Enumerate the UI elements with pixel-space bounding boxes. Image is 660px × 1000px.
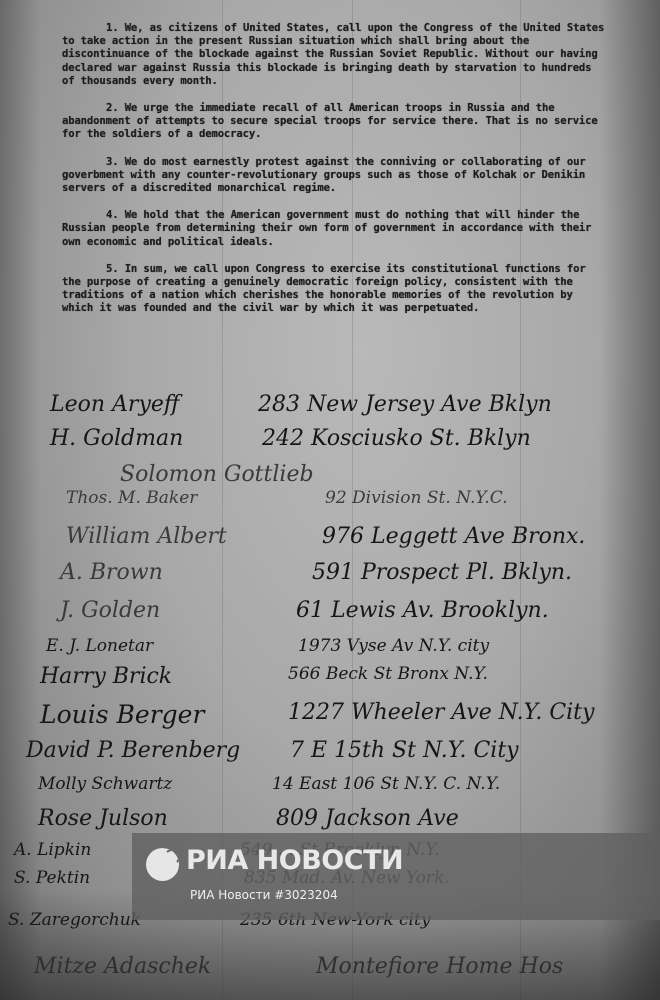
signer-address: 809 Jackson Ave bbox=[276, 806, 459, 831]
signature-row: A. Brown 591 Prospect Pl. Bklyn. bbox=[0, 560, 660, 590]
signer-name: A. Brown bbox=[60, 560, 163, 585]
watermark-caption: РИА Новости #3023204 bbox=[190, 888, 338, 902]
document-photo: 1. We, as citizens of United States, cal… bbox=[0, 0, 660, 1000]
signature-row: Louis Berger 1227 Wheeler Ave N.Y. City bbox=[0, 700, 660, 730]
signer-name: J. Golden bbox=[60, 598, 160, 623]
watermark-title: РИА НОВОСТИ bbox=[186, 845, 403, 876]
signer-address: 1227 Wheeler Ave N.Y. City bbox=[288, 700, 594, 725]
signer-name: William Albert bbox=[66, 524, 227, 549]
paragraph-2: 2. We urge the immediate recall of all A… bbox=[62, 102, 610, 142]
signer-address: 92 Division St. N.Y.C. bbox=[325, 488, 508, 508]
signer-address: 566 Beck St Bronx N.Y. bbox=[288, 664, 488, 684]
signature-row: David P. Berenberg 7 E 15th St N.Y. City bbox=[0, 738, 660, 768]
ria-novosti-globe-icon bbox=[146, 848, 179, 881]
signature-row: Molly Schwartz 14 East 106 St N.Y. C. N.… bbox=[0, 774, 660, 804]
signer-address: 61 Lewis Av. Brooklyn. bbox=[296, 598, 549, 623]
signature-row: Harry Brick 566 Beck St Bronx N.Y. bbox=[0, 664, 660, 694]
signature-row: Rose Julson 809 Jackson Ave bbox=[0, 806, 660, 836]
signature-row: Leon Aryeff 283 New Jersey Ave Bklyn bbox=[0, 392, 660, 422]
paragraph-4: 4. We hold that the American government … bbox=[62, 209, 610, 249]
typed-resolution: 1. We, as citizens of United States, cal… bbox=[62, 22, 610, 330]
paragraph-5: 5. In sum, we call upon Congress to exer… bbox=[62, 263, 610, 316]
signer-name: Thos. M. Baker bbox=[66, 488, 197, 508]
signer-name: Harry Brick bbox=[40, 664, 172, 689]
vignette bbox=[0, 0, 40, 1000]
signer-name: H. Goldman bbox=[50, 426, 183, 451]
signer-name: Louis Berger bbox=[40, 700, 204, 729]
signer-address: 242 Kosciusko St. Bklyn bbox=[262, 426, 531, 451]
signer-address: 14 East 106 St N.Y. C. N.Y. bbox=[272, 774, 500, 794]
signer-name: Rose Julson bbox=[38, 806, 168, 831]
signer-address: 7 E 15th St N.Y. City bbox=[290, 738, 519, 763]
signer-address: 976 Leggett Ave Bronx. bbox=[322, 524, 585, 549]
signature-row: Thos. M. Baker 92 Division St. N.Y.C. bbox=[0, 488, 660, 518]
signer-address: 591 Prospect Pl. Bklyn. bbox=[312, 560, 572, 585]
signer-address: 1973 Vyse Av N.Y. city bbox=[298, 636, 489, 656]
signer-name: Molly Schwartz bbox=[38, 774, 172, 794]
signer-name: David P. Berenberg bbox=[26, 738, 240, 763]
signer-name: Leon Aryeff bbox=[50, 392, 179, 417]
signer-address: 283 New Jersey Ave Bklyn bbox=[258, 392, 552, 417]
paragraph-1: 1. We, as citizens of United States, cal… bbox=[62, 22, 610, 88]
signature-row: H. Goldman 242 Kosciusko St. Bklyn bbox=[0, 426, 660, 456]
signer-name: E. J. Lonetar bbox=[46, 636, 153, 656]
signer-name: Solomon Gottlieb bbox=[120, 462, 314, 487]
paragraph-3: 3. We do most earnestly protest against … bbox=[62, 156, 610, 196]
ria-novosti-watermark: РИА НОВОСТИ РИА Новости #3023204 bbox=[132, 833, 660, 920]
signature-row: J. Golden 61 Lewis Av. Brooklyn. bbox=[0, 598, 660, 628]
signature-row: William Albert 976 Leggett Ave Bronx. bbox=[0, 524, 660, 554]
signature-row: E. J. Lonetar 1973 Vyse Av N.Y. city bbox=[0, 636, 660, 666]
